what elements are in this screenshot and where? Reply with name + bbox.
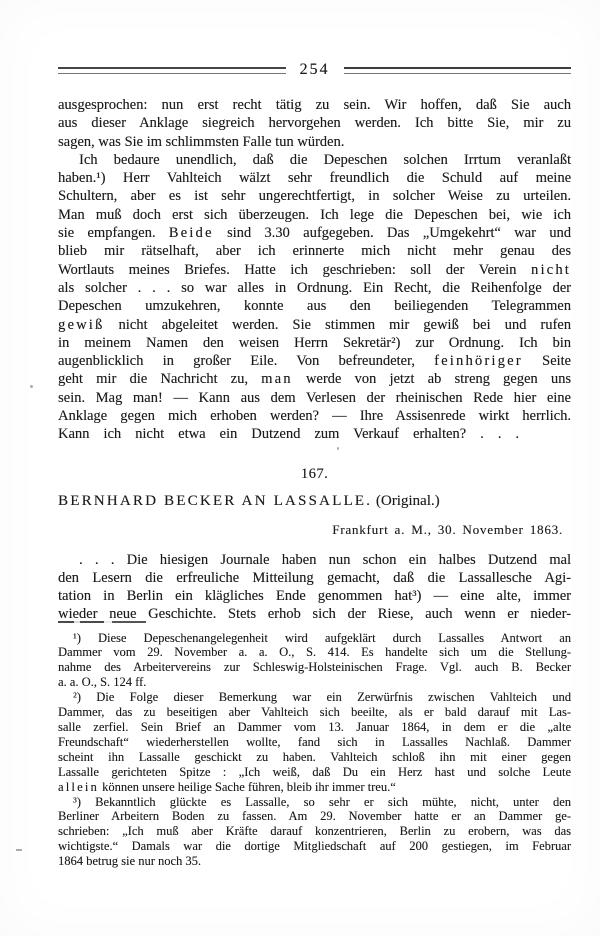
header-rule-left xyxy=(58,67,286,74)
text-line: in meinem Namen den weisen Herrn Sekretä… xyxy=(58,334,571,352)
spaced-emphasis-word: (Original.) xyxy=(372,493,439,509)
text-line: Man muß doch erst sich überzeugen. Ich l… xyxy=(58,206,571,224)
text-line: den Lesern die erfreuliche Mitteilung ge… xyxy=(58,569,571,587)
footnote-1: ¹) Diese Depeschenangelegenheit wird auf… xyxy=(58,631,571,691)
text-line: Ich bedaure unendlich, daß die Depeschen… xyxy=(58,151,571,169)
text-line: Schultern, aber es ist sehr ungerechtfer… xyxy=(58,187,571,205)
text-line: a. a. O., S. 124 ff. xyxy=(58,675,571,690)
text-line: 1864 betrug sie nur noch 35. xyxy=(58,854,571,869)
text-line: Depeschen umzukehren, konnte aus den bei… xyxy=(58,297,571,315)
text-line: ausgesprochen: nun erst recht tätig zu s… xyxy=(58,96,571,114)
text-line: sagen, was Sie im schlimmsten Falle tun … xyxy=(58,133,571,151)
text-line: scheint ihn Lassalle geschickt zu haben.… xyxy=(58,750,571,765)
spaced-emphasis-word: nicht xyxy=(531,262,571,278)
spaced-emphasis-word: feinhöriger xyxy=(434,353,523,369)
footnote-2: ²) Die Folge dieser Bemerkung war ein Ze… xyxy=(58,690,571,794)
letter-number: 167. xyxy=(58,465,571,483)
text-line: geht mir die Nachricht zu, man werde von… xyxy=(58,370,571,388)
page-number: 254 xyxy=(286,61,344,79)
text-line: augenblicklich in großer Eile. Von befre… xyxy=(58,352,571,370)
text-line: Wortlauts meines Briefes. Hatte ich gesc… xyxy=(58,261,571,279)
text-line: gewiß nicht abgeleitet werden. Sie stimm… xyxy=(58,316,571,334)
text-line: . . . Die hiesigen Journale haben nun sc… xyxy=(58,551,571,569)
text-line: schrieben: „Ich muß aber Kräfte darauf k… xyxy=(58,824,571,839)
text-line: haben.¹) Herr Vahlteich wälzt sehr freun… xyxy=(58,169,571,187)
spaced-emphasis-word: Beide xyxy=(169,225,214,241)
text-line: blieb mir rätselhaft, aber ich erinnerte… xyxy=(58,242,571,260)
footnotes: ¹) Diese Depeschenangelegenheit wird auf… xyxy=(58,631,571,870)
text-line: Anklage gegen mich erhoben werden? — Ihr… xyxy=(58,407,571,425)
text-line: BERNHARD BECKER AN LASSALLE. (Original.) xyxy=(58,492,571,510)
text-line: Dammer, das zu beseitigen aber Vahlteich… xyxy=(58,705,571,720)
paragraph-letter-167-body: . . . Die hiesigen Journale haben nun sc… xyxy=(58,551,571,623)
running-head: 254 xyxy=(58,60,571,80)
spaced-emphasis-word: man xyxy=(261,371,293,387)
text-line: wichtigste.“ Damals war die dortige Mitg… xyxy=(58,839,571,854)
text-line: sein. Mag man! — Kann aus dem Verlesen d… xyxy=(58,389,571,407)
text-line: sie empfangen. Beide sind 3.30 aufgegebe… xyxy=(58,224,571,242)
scan-speck xyxy=(16,849,22,851)
text-line: als solcher . . . so war alles in Ordnun… xyxy=(58,279,571,297)
text-line: Lassalle gerichteten Spitze : „Ich weiß,… xyxy=(58,765,571,780)
book-page: 254 ausgesprochen: nun erst recht tätig … xyxy=(0,0,600,936)
text-line: ¹) Diese Depeschenangelegenheit wird auf… xyxy=(58,631,571,646)
text-line: Dammer vom 29. November a. a. O., S. 414… xyxy=(58,645,571,660)
text-line: salle zerfiel. Sein Brief an Dammer vom … xyxy=(58,720,571,735)
text-line: aus dieser Anklage siegreich hervorgehen… xyxy=(58,114,571,132)
text-line: Berliner Arbeitern Boden zu fassen. Am 2… xyxy=(58,809,571,824)
text-line: tation in Berlin ein klägliches Ende gen… xyxy=(58,587,571,605)
header-rule-right xyxy=(344,67,572,74)
text-line: wieder neue Geschichte. Stets erhob sich… xyxy=(58,605,571,623)
text-line: nahme des Arbeitervereins zur Schleswig-… xyxy=(58,660,571,675)
spaced-emphasis-word: allein xyxy=(58,780,99,794)
paragraph-continuation: ausgesprochen: nun erst recht tätig zu s… xyxy=(58,96,571,151)
letter-title: BERNHARD BECKER AN LASSALLE. (Original.) xyxy=(58,492,571,510)
text-line: Freundschaft“ wiederherstellen wollte, f… xyxy=(58,735,571,750)
footnote-3: ³) Bekanntlich glückte es Lassalle, so s… xyxy=(58,795,571,870)
text-line: allein können unsere heilige Sache führe… xyxy=(58,780,571,795)
text-line: Kann ich nicht etwa ein Dutzend zum Verk… xyxy=(58,425,571,443)
paragraph-letter-166-body: Ich bedaure unendlich, daß die Depeschen… xyxy=(58,151,571,444)
text-line: ³) Bekanntlich glückte es Lassalle, so s… xyxy=(58,795,571,810)
scan-speck xyxy=(337,447,339,450)
letter-title-caps: BERNHARD BECKER AN LASSALLE. xyxy=(58,493,372,509)
scan-speck xyxy=(30,385,33,388)
spaced-emphasis-word: gewiß xyxy=(58,317,104,333)
letter-dateline: Frankfurt a. M., 30. November 1863. xyxy=(58,521,571,539)
text-line: ²) Die Folge dieser Bemerkung war ein Ze… xyxy=(58,690,571,705)
page-body: ausgesprochen: nun erst recht tätig zu s… xyxy=(58,96,571,869)
